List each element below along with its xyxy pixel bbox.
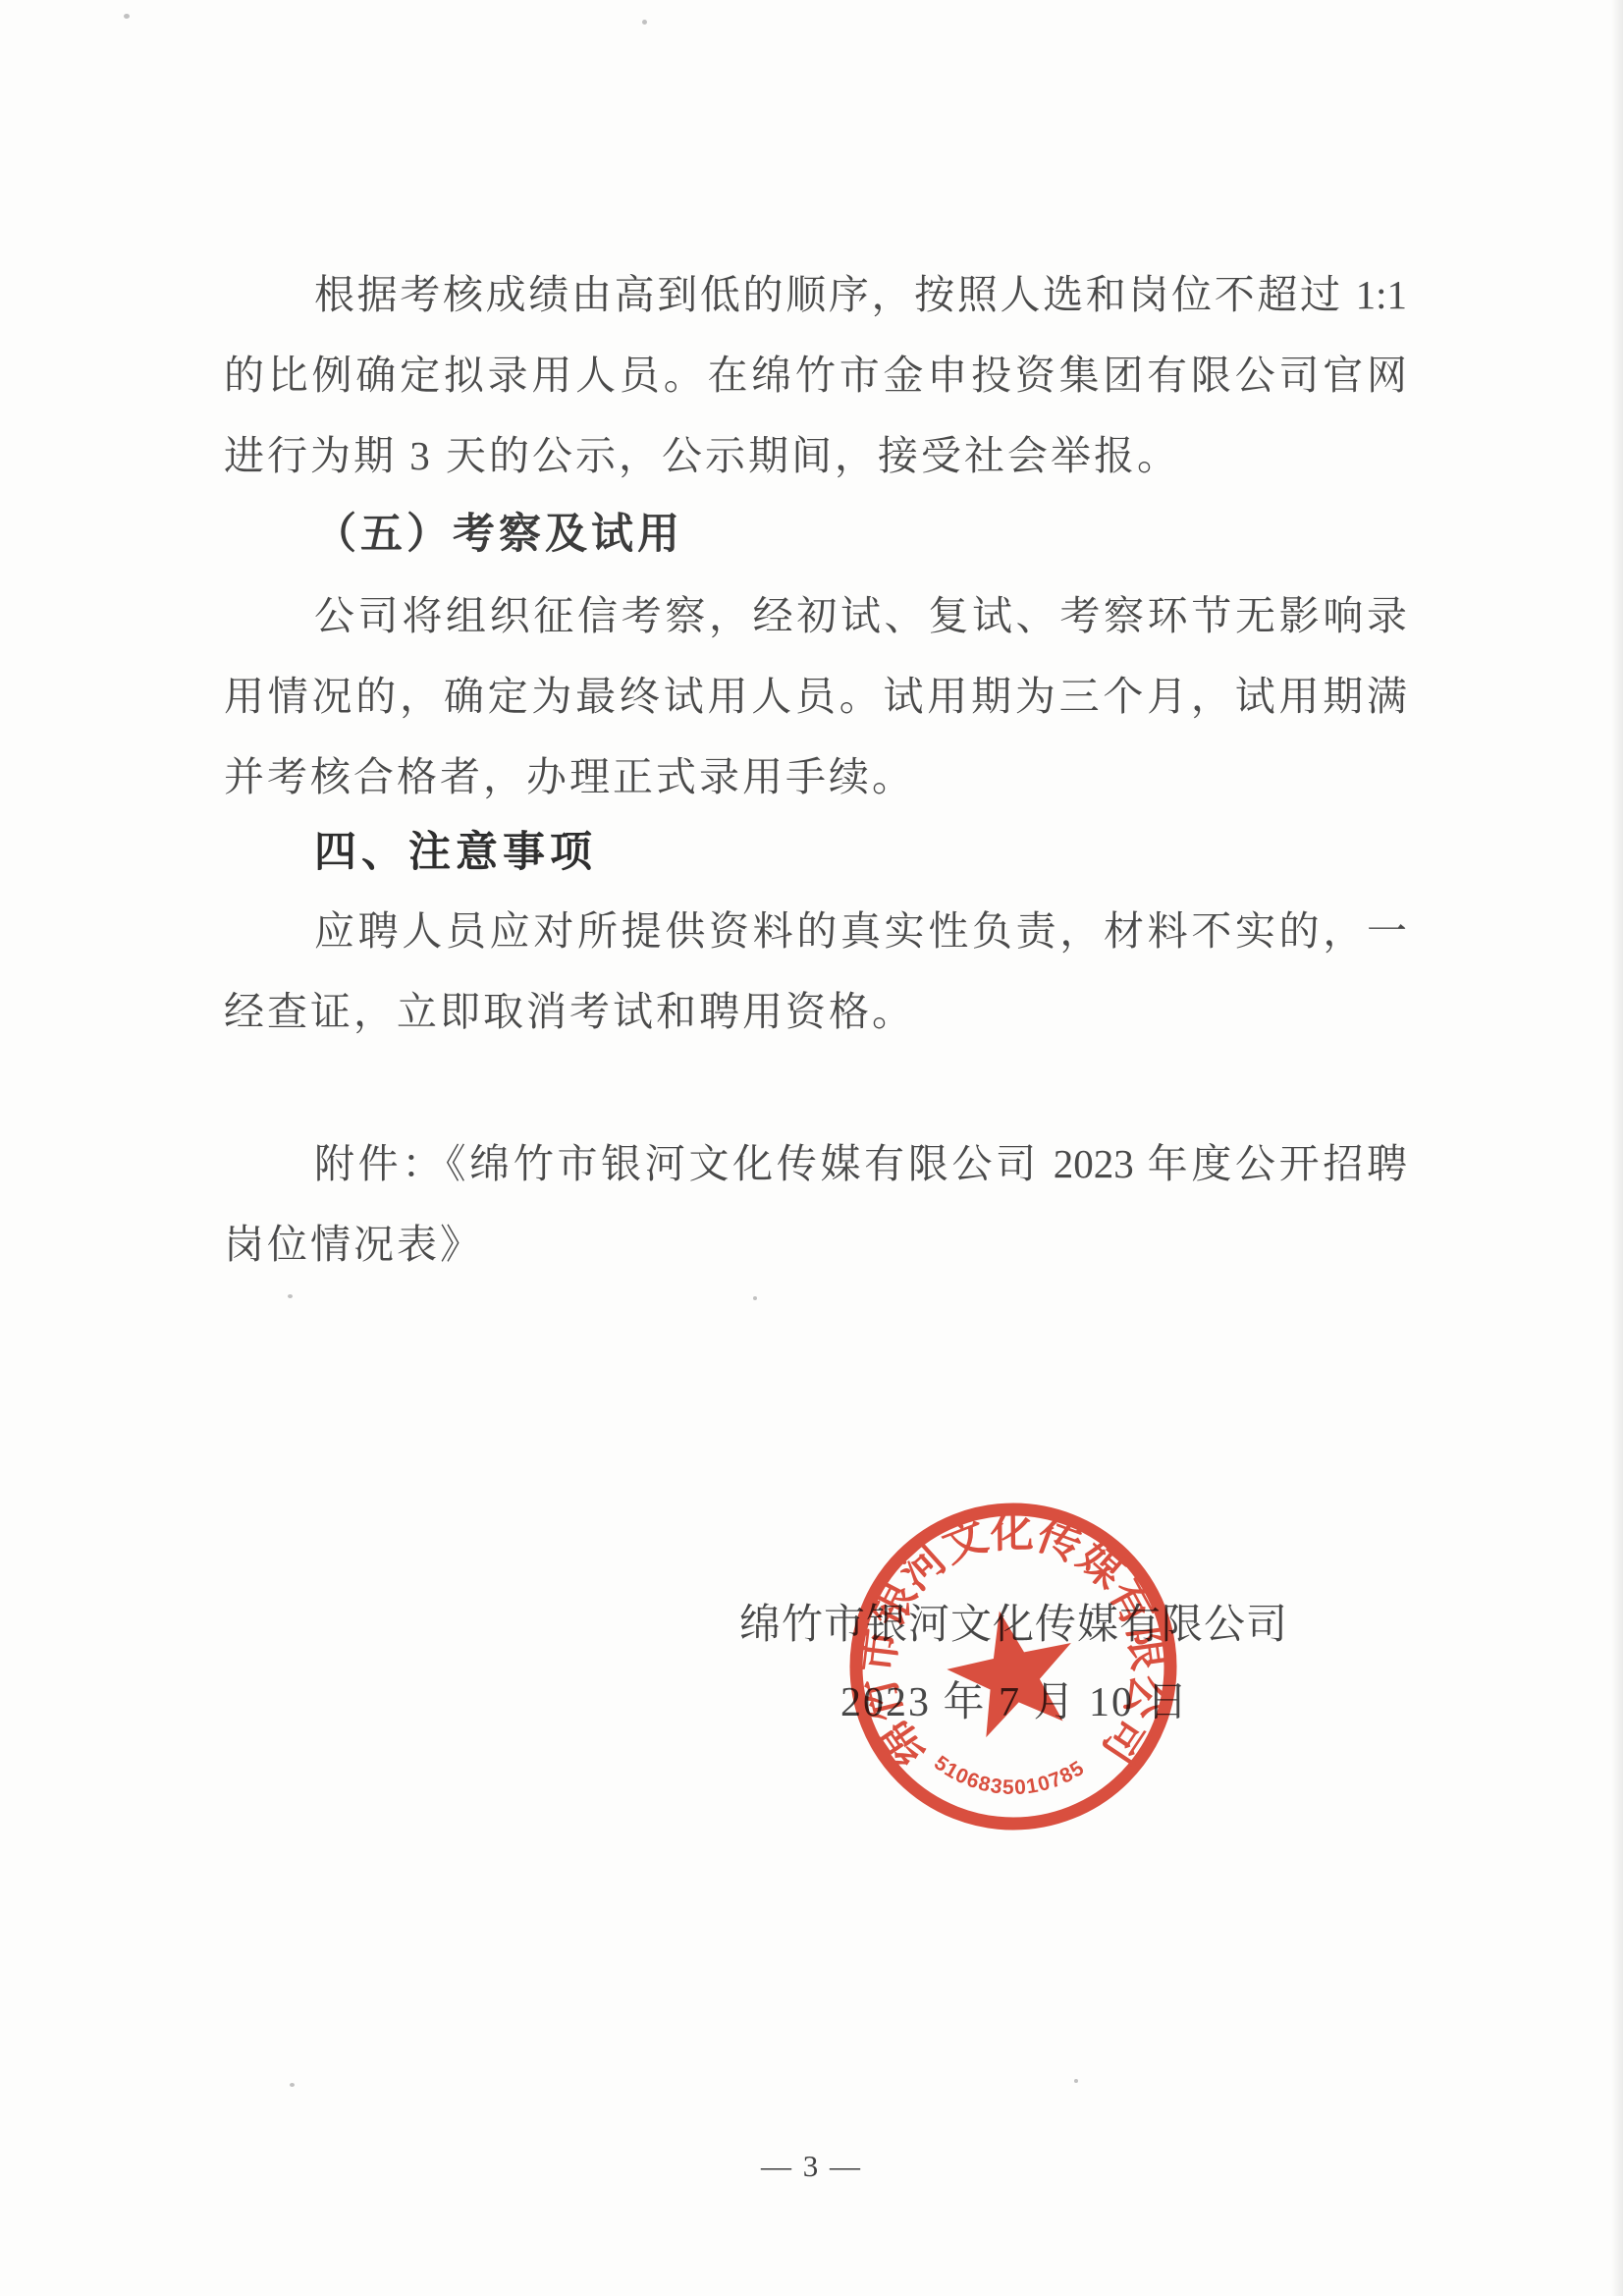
- official-seal: 绵竹市银河文化传媒有限公司 5106835010785: [836, 1489, 1191, 1844]
- scan-edge-shadow: [1611, 0, 1623, 2296]
- heading-notes: 四、注意事项: [224, 812, 1407, 893]
- seal-code-arc-text: 5106835010785: [930, 1752, 1090, 1800]
- heading-inspection-trial: （五）考察及试用: [224, 495, 1407, 575]
- body-line: 根据考核成绩由高到低的顺序，按照人选和岗位不超过 1:1: [224, 254, 1407, 335]
- paragraph-notes: 应聘人员应对所提供资料的真实性负责，材料不实的，一 经查证，立即取消考试和聘用资…: [224, 891, 1407, 1052]
- scan-speck: [290, 2083, 295, 2087]
- scanned-document-page: 根据考核成绩由高到低的顺序，按照人选和岗位不超过 1:1 的比例确定拟录用人员。…: [0, 0, 1623, 2296]
- body-line: 经查证，立即取消考试和聘用资格。: [224, 971, 1407, 1052]
- paragraph-selection-process: 根据考核成绩由高到低的顺序，按照人选和岗位不超过 1:1 的比例确定拟录用人员。…: [224, 254, 1407, 496]
- scan-speck: [753, 1296, 757, 1300]
- section-heading-4: 四、注意事项: [224, 812, 1407, 893]
- seal-graphic: 绵竹市银河文化传媒有限公司 5106835010785: [836, 1489, 1191, 1844]
- body-line: 附件：《绵竹市银河文化传媒有限公司 2023 年度公开招聘: [224, 1123, 1407, 1204]
- section-heading-5: （五）考察及试用: [224, 495, 1407, 575]
- seal-star-icon: [938, 1598, 1087, 1742]
- body-line: 用情况的，确定为最终试用人员。试用期为三个月，试用期满: [224, 656, 1407, 737]
- seal-code-arc: 5106835010785: [930, 1752, 1090, 1800]
- scan-speck: [288, 1294, 293, 1298]
- paragraph-attachment: 附件：《绵竹市银河文化传媒有限公司 2023 年度公开招聘 岗位情况表》: [224, 1123, 1407, 1285]
- body-line: 进行为期 3 天的公示，公示期间，接受社会举报。: [224, 415, 1407, 496]
- body-line: 的比例确定拟录用人员。在绵竹市金申投资集团有限公司官网: [224, 335, 1407, 415]
- body-line: 并考核合格者，办理正式录用手续。: [224, 737, 1407, 817]
- paragraph-inspection-trial: 公司将组织征信考察，经初试、复试、考察环节无影响录 用情况的，确定为最终试用人员…: [224, 575, 1407, 817]
- scan-speck: [1074, 2079, 1078, 2083]
- page-number: — 3 —: [0, 2149, 1623, 2184]
- scan-speck: [124, 14, 130, 19]
- body-line: 岗位情况表》: [224, 1204, 1407, 1285]
- body-line: 公司将组织征信考察，经初试、复试、考察环节无影响录: [224, 575, 1407, 656]
- body-line: 应聘人员应对所提供资料的真实性负责，材料不实的，一: [224, 891, 1407, 971]
- scan-speck: [642, 20, 647, 25]
